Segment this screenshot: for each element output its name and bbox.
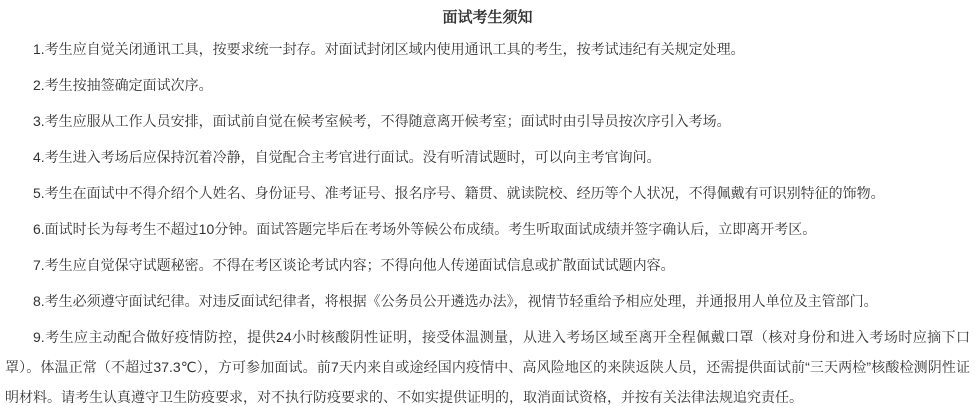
notice-paragraph-7: 7.考生应自觉保守试题秘密。不得在考区谈论考试内容；不得向他人传递面试信息或扩散…	[5, 250, 970, 280]
notice-paragraph-1: 1.考生应自觉关闭通讯工具，按要求统一封存。对面试封闭区域内使用通讯工具的考生，…	[5, 34, 970, 64]
notice-document: 面试考生须知 1.考生应自觉关闭通讯工具，按要求统一封存。对面试封闭区域内使用通…	[0, 0, 975, 406]
notice-page: { "title": "面试考生须知", "paragraphs": [ "1.…	[0, 0, 975, 406]
notice-paragraph-6: 6.面试时长为每考生不超过10分钟。面试答题完毕后在考场外等候公布成绩。考生听取…	[5, 214, 970, 244]
page-title: 面试考生须知	[5, 8, 970, 28]
notice-paragraph-4: 4.考生进入考场后应保持沉着冷静，自觉配合主考官进行面试。没有听清试题时，可以向…	[5, 142, 970, 172]
notice-paragraph-3: 3.考生应服从工作人员安排，面试前自觉在候考室候考，不得随意离开候考室；面试时由…	[5, 106, 970, 136]
notice-paragraph-5: 5.考生在面试中不得介绍个人姓名、身份证号、准考证号、报名序号、籍贯、就读院校、…	[5, 178, 970, 208]
notice-paragraph-9: 9.考生应主动配合做好疫情防控，提供24小时核酸阴性证明，接受体温测量，从进入考…	[5, 322, 970, 406]
notice-paragraph-8: 8.考生必须遵守面试纪律。对违反面试纪律者，将根据《公务员公开遴选办法》，视情节…	[5, 286, 970, 316]
notice-paragraph-2: 2.考生按抽签确定面试次序。	[5, 70, 970, 100]
